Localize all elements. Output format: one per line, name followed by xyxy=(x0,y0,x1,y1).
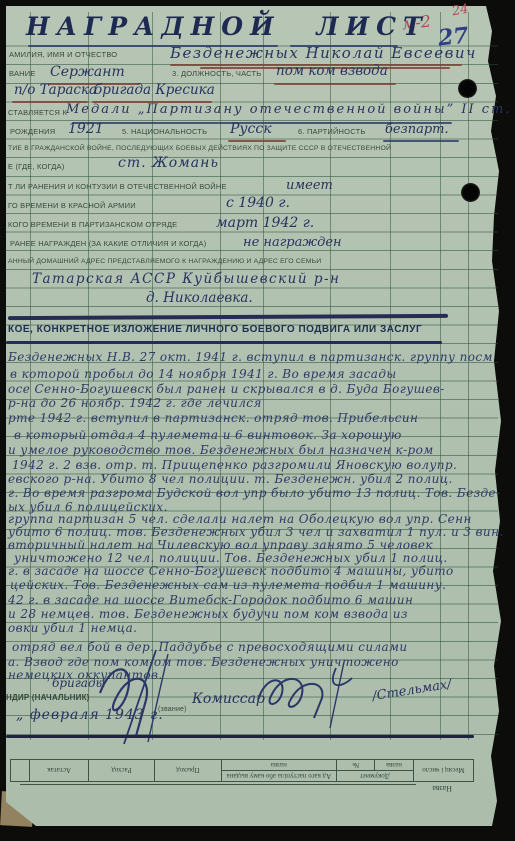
field-award-label: ставляется к xyxy=(8,109,67,117)
ledger-col-document: Документ xyxy=(337,770,414,781)
field-prev-awards-value: не награжден xyxy=(243,236,342,249)
body-line: осе Сенно-Богушевск был ранен и скрывалс… xyxy=(8,383,445,395)
ink-underline xyxy=(383,140,459,142)
body-line: г. в засаде на шоссе Сенно-Богушевск под… xyxy=(8,565,454,577)
field-prev-awards-label: ранее награжден (за какие отличия и когд… xyxy=(10,240,206,248)
body-line: вторичный налет на Чилевскую вол управу … xyxy=(8,539,433,551)
field-birth-value: 1921 xyxy=(68,122,104,136)
body-line: 42 г. в засаде на шоссе Витебск-Городок … xyxy=(8,594,413,606)
body-line: рте 1942 г. вступил в партизанск. отряд … xyxy=(8,412,418,424)
punch-hole xyxy=(458,79,477,98)
ledger-col-month: Месяц і число xyxy=(413,759,473,781)
body-line: уничтожено 12 чел. полиции. Тов. Бездене… xyxy=(14,552,448,564)
commissar-signature xyxy=(252,660,372,730)
ledger-col-balance: Астатак xyxy=(30,759,88,781)
field-party-value: безпарт. xyxy=(385,123,449,136)
body-line: в который отдал 4 пулемета и 6 винтовок.… xyxy=(14,429,402,441)
body-line: группа партизан 5 чел. сделали налет на … xyxy=(8,513,472,525)
ledger-title-row: Назва xyxy=(6,782,474,794)
field-party-label: 6. Партийность xyxy=(298,128,365,136)
archival-number-red: 24 xyxy=(451,2,470,20)
field-award-value: Медали „Партизану отечественной войны” I… xyxy=(66,103,512,116)
ledger-col-income: Прыход xyxy=(155,759,221,781)
field-nationality-label: 5. Национальность xyxy=(122,128,207,136)
field-partisan-since-label: кого времени в партизанском отряде xyxy=(8,221,177,229)
field-position-value: пом ком взвода xyxy=(276,65,388,79)
ledger-title-line xyxy=(20,784,416,785)
body-line: г. Во время разгрома Будской вол упр был… xyxy=(8,487,500,499)
inverted-ledger-table: Назва Месяц і число Документ Ад каго пас… xyxy=(6,738,474,794)
body-line: овки убил 1 немца. xyxy=(8,622,137,634)
body-line: Безденежных Н.В. 27 окт. 1941 г. вступил… xyxy=(8,351,493,363)
field-name-label: амилия, имя и отчество xyxy=(9,51,117,59)
section-header-underline xyxy=(6,341,442,344)
body-line: отряд вел бой в дер. Паддубье с превосхо… xyxy=(12,641,408,653)
field-war-participation-label: тие в гражданской войне, последующих бое… xyxy=(8,146,391,153)
red-underline xyxy=(228,140,286,142)
field-unit-value-2: бригада Кресика xyxy=(94,84,215,98)
field-wounds-value: имеет xyxy=(286,179,333,192)
ledger-col-expense: Расход xyxy=(88,759,154,781)
field-army-since-value: с 1940 г. xyxy=(226,196,290,210)
ruled-vertical-line xyxy=(468,12,469,740)
red-underline xyxy=(274,83,396,85)
ledger-header-table: Месяц і число Документ Ад каго паступіла… xyxy=(10,759,474,782)
commander-signature xyxy=(90,648,190,748)
field-where-when-value: ст. Жомань xyxy=(118,156,219,170)
field-rank-value: Сержант xyxy=(50,65,125,79)
punch-hole xyxy=(461,183,480,202)
body-line: и 28 немцев. тов. Безденежных будучи пом… xyxy=(8,608,408,620)
body-line: в которой пробыл до 14 ноября 1941 г. Во… xyxy=(10,368,397,380)
ledger-col-from-whom: Ад каго паступіла або каму выдана xyxy=(221,770,336,781)
commander-label: ндир (начальник) xyxy=(6,694,90,702)
ledger-col-doc-no: № xyxy=(337,759,375,770)
field-partisan-since-value: март 1942 г. xyxy=(216,216,314,230)
field-army-since-label: го времени в Красной Армии xyxy=(8,202,136,210)
body-line: р-на до 26 ноябр. 1942 г. где лечился xyxy=(8,397,262,409)
section-header: КОЕ, КОНКРЕТНОЕ ИЗЛОЖЕНИЕ ЛИЧНОГО БОЕВОГ… xyxy=(8,325,422,335)
field-unit-value-1: п/о Тараска xyxy=(14,84,97,98)
field-wounds-label: т ли ранения и контузии в отечественной … xyxy=(8,183,227,191)
field-nationality-value: Русск xyxy=(230,122,272,136)
field-address-value-1: Татарская АССР Куйбышевский р-н xyxy=(32,273,340,287)
ledger-col-doc-name: назва xyxy=(375,759,413,770)
date-line: „ февраля 1943 г. xyxy=(16,708,164,722)
field-birth-label: рождения xyxy=(10,128,55,136)
ledger-col-narrow xyxy=(11,759,31,781)
field-address-value-2: д. Николаевка. xyxy=(146,292,253,306)
page-title: НАГРАДНОЙ ЛИСТ xyxy=(26,14,429,39)
body-line: евского р-на. Убито 8 чел полиции. т. Бе… xyxy=(8,473,453,485)
field-where-when-label: е (где, когда) xyxy=(8,163,64,171)
ledger-title-word: Назва xyxy=(432,784,452,793)
body-line: и умелое руководство тов. Безденежных бы… xyxy=(8,444,434,456)
field-position-label: 3. Должность, часть xyxy=(172,70,261,78)
body-line: цейских. Тов. Безденежных сам из пулемет… xyxy=(10,579,446,591)
field-address-label: анный домашний адрес представляемого к н… xyxy=(8,259,321,266)
ledger-col-from-whom-sub: назва xyxy=(221,759,336,770)
body-line: убито 6 полиц. тов. Безденежных убил 3 ч… xyxy=(8,526,504,538)
field-name-value: Безденежных Николай Евсеевич xyxy=(170,46,477,61)
body-line: 1942 г. 2 взв. отр. т. Прищепенко разгро… xyxy=(12,459,457,471)
field-rank-label: вание xyxy=(9,70,36,78)
document-scan: м-2 24 27 НАГРАДНОЙ ЛИСТ амилия, имя и о… xyxy=(0,0,515,841)
